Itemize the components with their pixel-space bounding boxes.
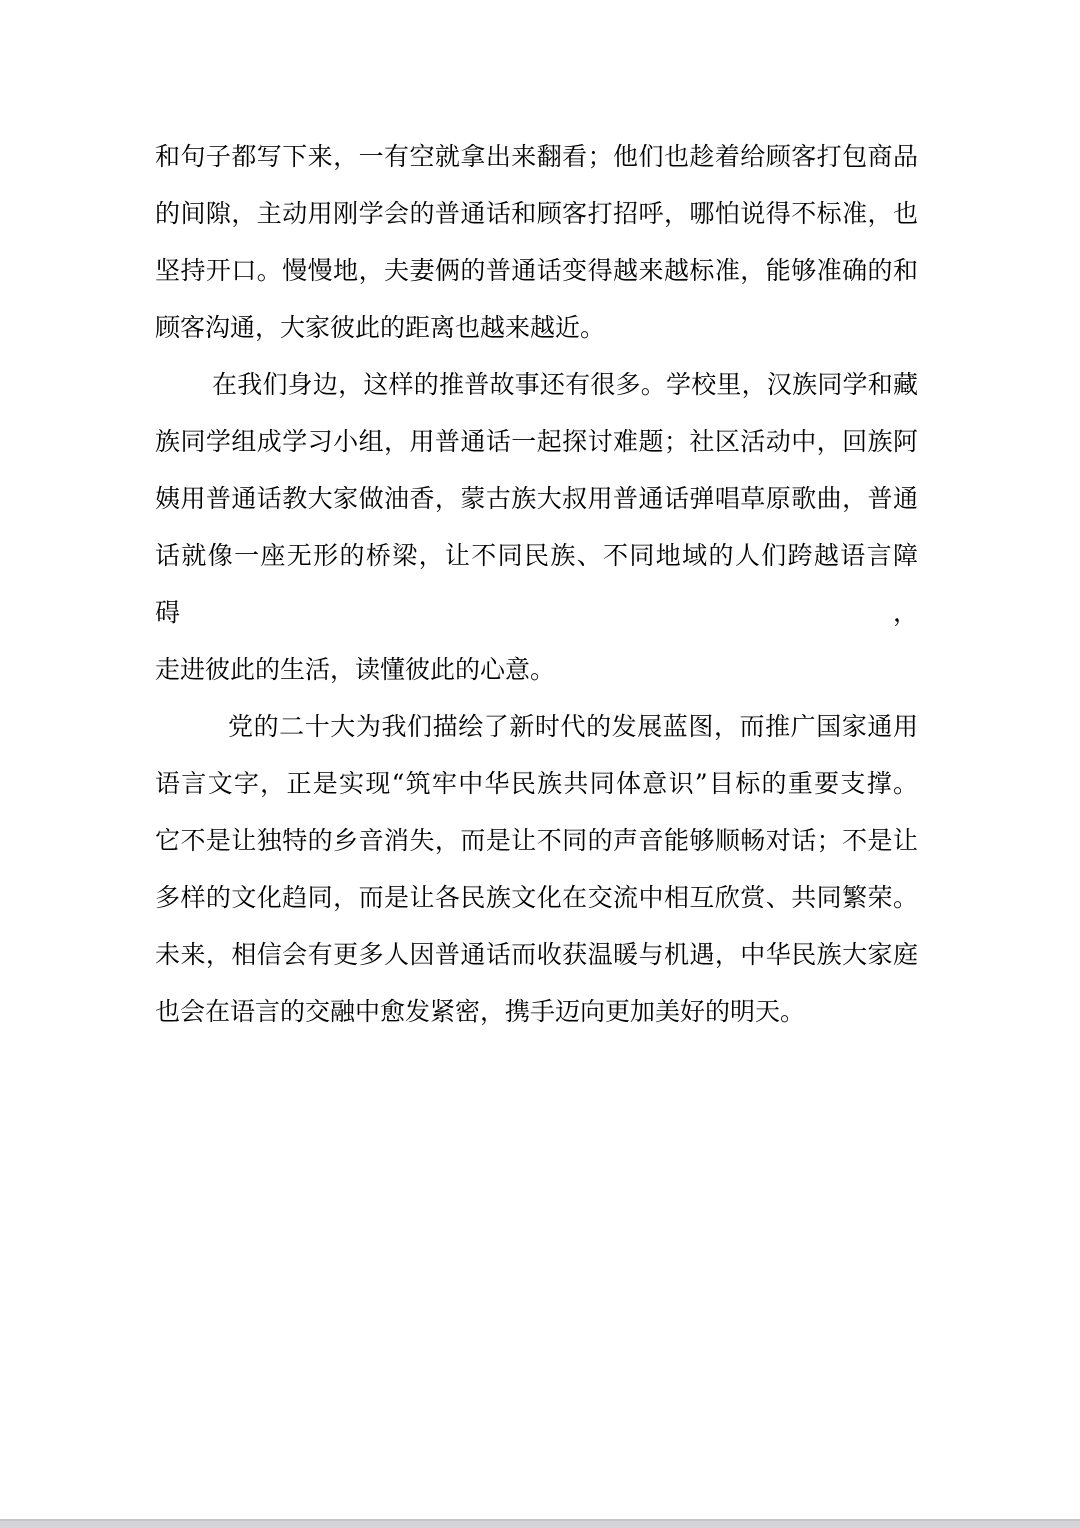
paragraph: 党的二十大为我们描绘了新时代的发展蓝图，而推广国家通用 语言文字，正是实现“筑牢…	[155, 698, 918, 1040]
text-line: 语言文字，正是实现“筑牢中华民族共同体意识”目标的重要支撑。	[155, 755, 918, 812]
text-line: 顾客沟通，大家彼此的距离也越来越近。	[155, 299, 918, 356]
text-line: 族同学组成学习小组，用普通话一起探讨难题；社区活动中，回族阿	[155, 413, 918, 470]
text-line: 多样的文化趋同，而是让各民族文化在交流中相互欣赏、共同繁荣。	[155, 869, 918, 926]
page-bottom-gap	[0, 1519, 1080, 1528]
paragraph: 在我们身边，这样的推普故事还有很多。学校里，汉族同学和藏 族同学组成学习小组，用…	[155, 356, 918, 698]
text-line: 党的二十大为我们描绘了新时代的发展蓝图，而推广国家通用	[155, 698, 918, 755]
text-line: 未来，相信会有更多人因普通话而收获温暖与机遇，中华民族大家庭	[155, 926, 918, 983]
text-line: 坚持开口。慢慢地，夫妻俩的普通话变得越来越标准，能够准确的和	[155, 242, 918, 299]
text-line: 和句子都写下来，一有空就拿出来翻看；他们也趁着给顾客打包商品	[155, 128, 918, 185]
text-line: 话就像一座无形的桥梁，让不同民族、不同地域的人们跨越语言障碍，	[155, 527, 918, 641]
document-text-block: 和句子都写下来，一有空就拿出来翻看；他们也趁着给顾客打包商品 的间隙，主动用刚学…	[155, 128, 918, 1040]
text-line: 在我们身边，这样的推普故事还有很多。学校里，汉族同学和藏	[155, 356, 918, 413]
text-line: 走进彼此的生活，读懂彼此的心意。	[155, 641, 918, 698]
text-line: 姨用普通话教大家做油香，蒙古族大叔用普通话弹唱草原歌曲，普通	[155, 470, 918, 527]
text-line: 也会在语言的交融中愈发紧密，携手迈向更加美好的明天。	[155, 983, 918, 1040]
text-line: 的间隙，主动用刚学会的普通话和顾客打招呼，哪怕说得不标准，也	[155, 185, 918, 242]
document-page: 和句子都写下来，一有空就拿出来翻看；他们也趁着给顾客打包商品 的间隙，主动用刚学…	[0, 0, 1080, 1528]
paragraph: 和句子都写下来，一有空就拿出来翻看；他们也趁着给顾客打包商品 的间隙，主动用刚学…	[155, 128, 918, 356]
text-line: 它不是让独特的乡音消失，而是让不同的声音能够顺畅对话；不是让	[155, 812, 918, 869]
